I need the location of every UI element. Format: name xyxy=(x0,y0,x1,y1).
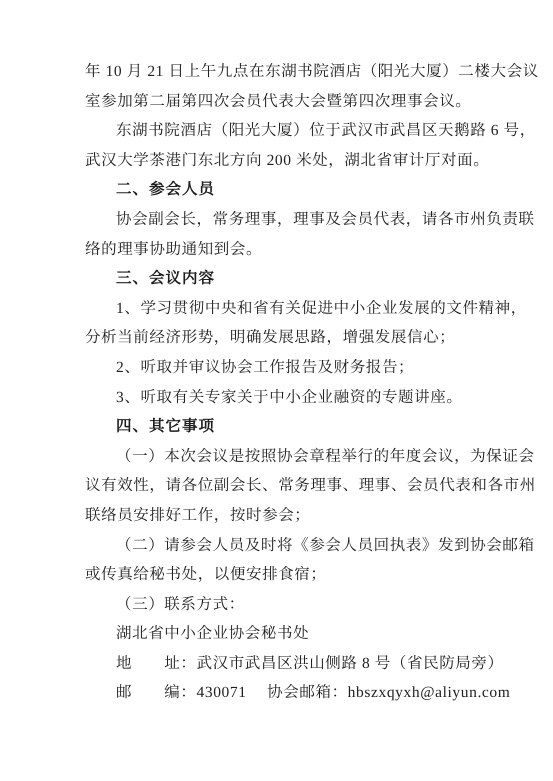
document-line: 3、听取有关专家关于中小企业融资的专题讲座。 xyxy=(85,383,477,413)
document-line: （二）请参会人员及时将《参会人员回执表》发到协会邮箱 xyxy=(85,531,477,561)
document-line: （一）本次会议是按照协会章程举行的年度会议，为保证会 xyxy=(85,442,477,472)
document-line: 湖北省中小企业协会秘书处 xyxy=(85,619,477,649)
document-line: 室参加第二届第四次会员代表大会暨第四次理事会议。 xyxy=(85,87,477,117)
section-heading: 二、参会人员 xyxy=(85,175,477,205)
document-line: 年 10 月 21 日上午九点在东湖书院酒店（阳光大厦）二楼大会议 xyxy=(85,57,477,87)
section-heading: 四、其它事项 xyxy=(85,412,477,442)
document-line: 东湖书院酒店（阳光大厦）位于武汉市武昌区天鹅路 6 号， xyxy=(85,116,477,146)
document-line: 1、学习贯彻中央和省有关促进中小企业发展的文件精神， xyxy=(85,294,477,324)
document-line: 地 址：武汉市武昌区洪山侧路 8 号（省民防局旁） xyxy=(85,649,477,679)
document-line: （三）联系方式： xyxy=(85,590,477,620)
document-page: 年 10 月 21 日上午九点在东湖书院酒店（阳光大厦）二楼大会议室参加第二届第… xyxy=(0,0,553,781)
document-line: 邮 编：430071 协会邮箱：hbszxqyxh@aliyun.com xyxy=(85,678,477,708)
document-line: 分析当前经济形势，明确发展思路，增强发展信心； xyxy=(85,323,477,353)
document-line: 议有效性，请各位副会长、常务理事、理事、会员代表和各市州 xyxy=(85,471,477,501)
section-heading: 三、会议内容 xyxy=(85,264,477,294)
document-line: 联络员安排好工作，按时参会； xyxy=(85,501,477,531)
document-body: 年 10 月 21 日上午九点在东湖书院酒店（阳光大厦）二楼大会议室参加第二届第… xyxy=(85,57,477,708)
document-line: 络的理事协助通知到会。 xyxy=(85,235,477,265)
document-line: 武汉大学茶港门东北方向 200 米处，湖北省审计厅对面。 xyxy=(85,146,477,176)
document-line: 或传真给秘书处，以便安排食宿； xyxy=(85,560,477,590)
document-line: 2、听取并审议协会工作报告及财务报告； xyxy=(85,353,477,383)
document-line: 协会副会长，常务理事，理事及会员代表，请各市州负责联 xyxy=(85,205,477,235)
